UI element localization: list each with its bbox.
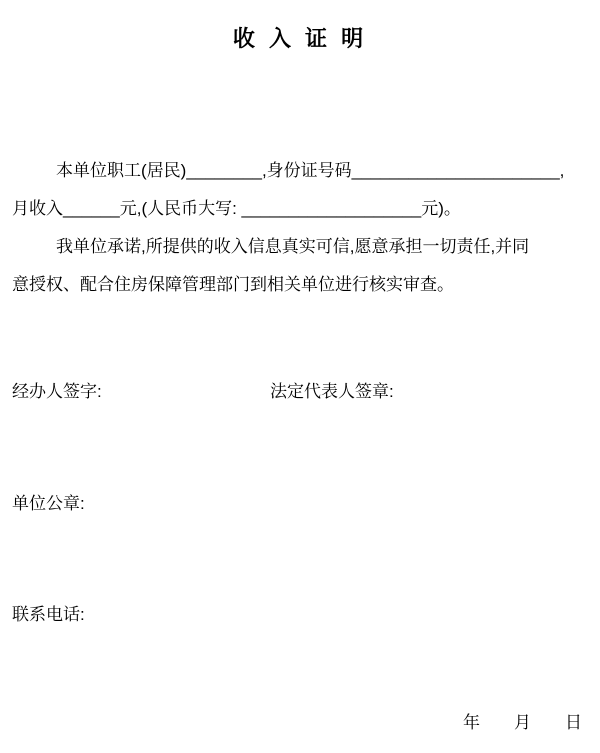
legal-representative-seal-label: 法定代表人签章: [270,380,394,404]
date-line: 年 月 日 [463,708,582,733]
body-text: 本单位职工(居民)________,身份证号码_________________… [12,152,590,304]
income-certificate-document: 收 入 证 明 本单位职工(居民)________,身份证号码_________… [0,0,600,753]
company-seal-label: 单位公章: [12,489,85,514]
contact-phone-label: 联系电话: [12,600,85,625]
handler-signature-label: 经办人签字: [12,382,102,401]
income-paragraph-line-1: 本单位职工(居民)________,身份证号码_________________… [12,152,590,190]
income-paragraph-line-2: 月收入______元,(人民币大写: ___________________元)… [12,190,590,228]
commitment-paragraph-line-2: 意授权、配合住房保障管理部门到相关单位进行核实审查。 [12,266,590,304]
signature-row: 经办人签字: 法定代表人签章: [12,380,588,404]
commitment-paragraph-line-1: 我单位承诺,所提供的收入信息真实可信,愿意承担一切责任,并同 [12,228,590,266]
page-title: 收 入 证 明 [0,22,600,53]
